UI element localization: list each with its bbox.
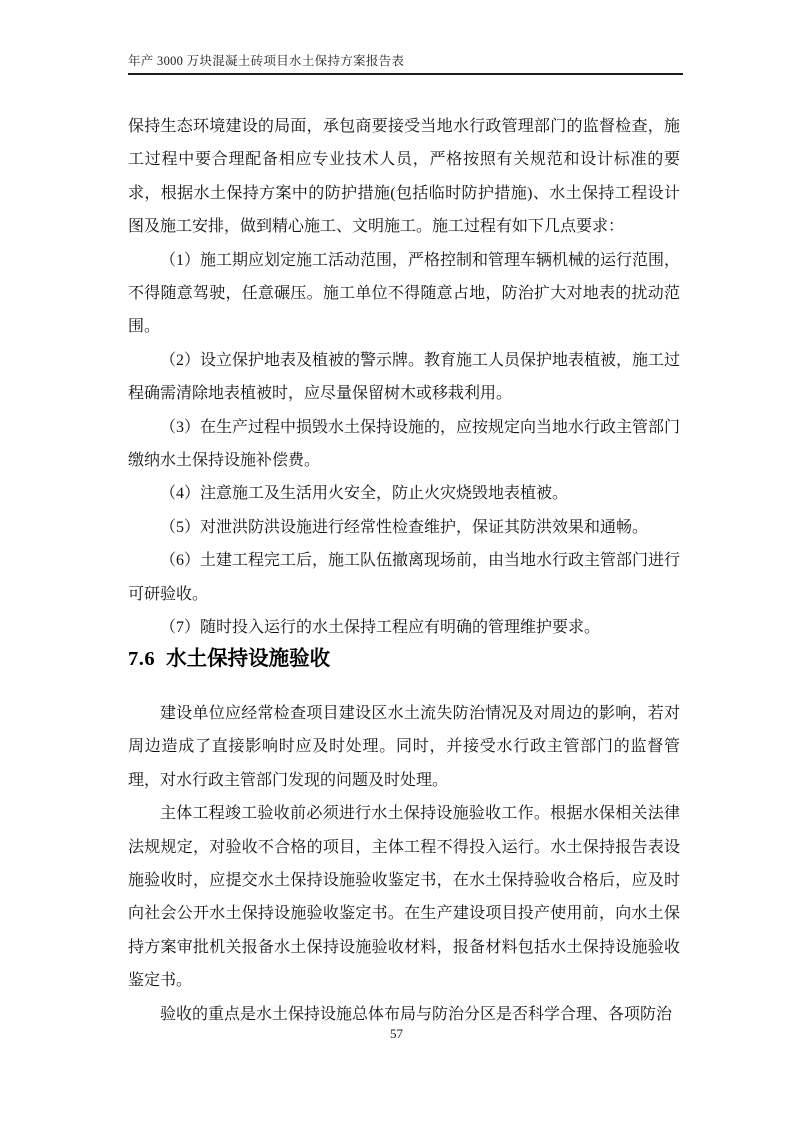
document-page: 年产 3000 万块混凝土砖项目水土保持方案报告表 保持生态环境建设的局面，承包… <box>0 0 793 1122</box>
requirement-item-5: （5）对泄洪防洪设施进行经常性检查维护，保证其防洪效果和通畅。 <box>128 511 680 544</box>
body-section-top: 保持生态环境建设的局面，承包商要接受当地水行政管理部门的监督检查，施工过程中要合… <box>128 110 680 645</box>
header-title: 年产 3000 万块混凝土砖项目水土保持方案报告表 <box>128 53 683 70</box>
requirement-item-6: （6）土建工程完工后，施工队伍撤离现场前，由当地水行政主管部门进行可研验收。 <box>128 544 680 611</box>
body-paragraph-1: 建设单位应经常检查项目建设区水土流失防治情况及对周边的影响，若对周边造成了直接影… <box>128 697 680 797</box>
section-number: 7.6 <box>128 645 155 673</box>
requirement-item-1: （1）施工期应划定施工活动范围，严格控制和管理车辆机械的运行范围，不得随意驾驶，… <box>128 244 680 344</box>
page-header: 年产 3000 万块混凝土砖项目水土保持方案报告表 <box>128 53 683 75</box>
requirement-item-4: （4）注意施工及生活用火安全，防止火灾烧毁地表植被。 <box>128 477 680 510</box>
requirement-item-2: （2）设立保护地表及植被的警示牌。教育施工人员保护地表植被，施工过程确需清除地表… <box>128 344 680 411</box>
body-paragraph-2: 主体工程竣工验收前必须进行水土保持设施验收工作。根据水保相关法律法规规定，对验收… <box>128 797 680 997</box>
requirement-item-7: （7）随时投入运行的水土保持工程应有明确的管理维护要求。 <box>128 611 680 644</box>
intro-paragraph: 保持生态环境建设的局面，承包商要接受当地水行政管理部门的监督检查，施工过程中要合… <box>128 110 680 244</box>
section-heading: 7.6水土保持设施验收 <box>128 645 683 673</box>
page-number: 57 <box>390 1026 403 1041</box>
requirement-item-3: （3）在生产过程中损毁水土保持设施的，应按规定向当地水行政主管部门缴纳水土保持设… <box>128 411 680 478</box>
body-section-bottom: 建设单位应经常检查项目建设区水土流失防治情况及对周边的影响，若对周边造成了直接影… <box>128 697 680 1031</box>
page-footer: 57 <box>0 1025 793 1043</box>
section-title: 水土保持设施验收 <box>166 648 330 670</box>
